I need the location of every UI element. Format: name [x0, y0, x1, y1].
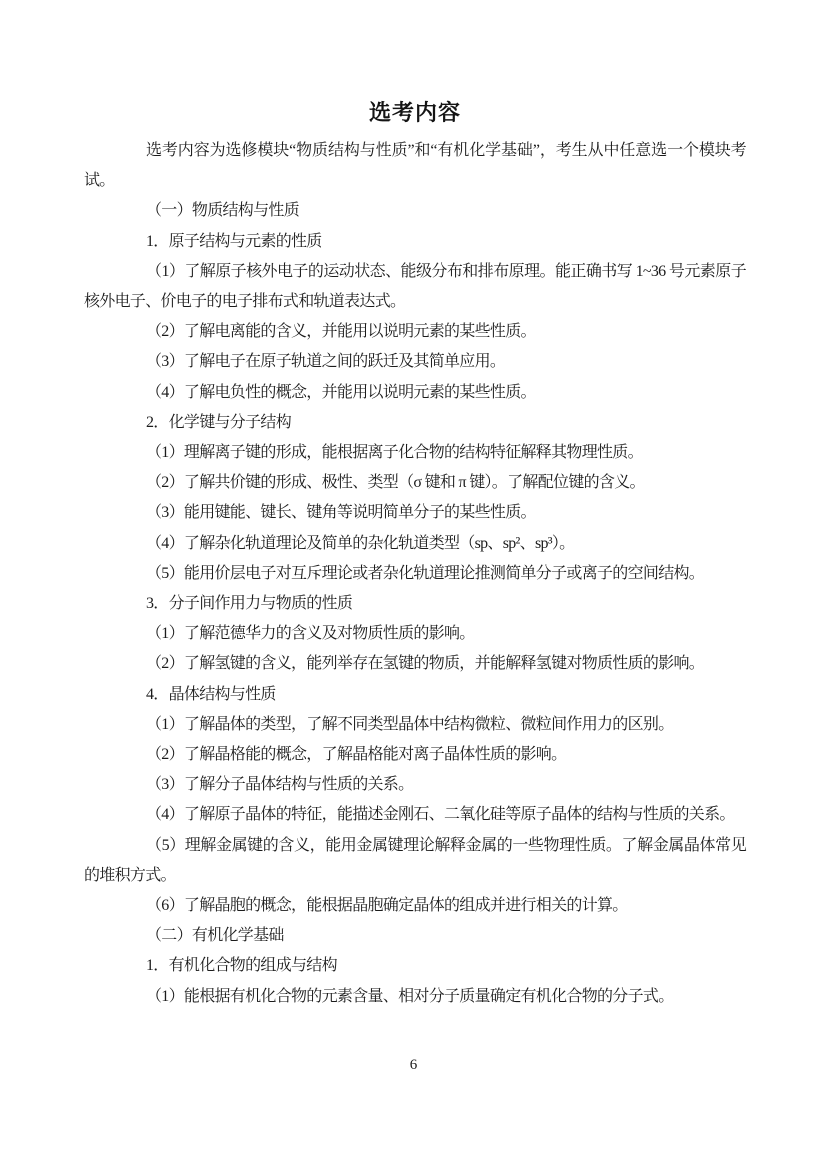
- list-item: （5）能用价层电子对互斥理论或者杂化轨道理论推测简单分子或离子的空间结构。: [84, 559, 746, 589]
- list-item: （1）了解晶体的类型，了解不同类型晶体中结构微粒、微粒间作用力的区别。: [84, 710, 746, 740]
- page-number: 6: [0, 1053, 827, 1077]
- list-item: （3）了解电子在原子轨道之间的跃迁及其简单应用。: [84, 347, 746, 377]
- list-item: （1）了解范德华力的含义及对物质性质的影响。: [84, 619, 746, 649]
- list-item: （2）了解电离能的含义，并能用以说明元素的某些性质。: [84, 317, 746, 347]
- list-item: （1）理解离子键的形成，能根据离子化合物的结构特征解释其物理性质。: [84, 438, 746, 468]
- list-item: （2）了解晶格能的概念，了解晶格能对离子晶体性质的影响。: [84, 740, 746, 770]
- document-page: 选考内容 选考内容为选修模块“物质结构与性质”和“有机化学基础”，考生从中任意选…: [0, 0, 827, 1169]
- page-title: 选考内容: [84, 97, 746, 129]
- list-item: （4）了解电负性的概念，并能用以说明元素的某些性质。: [84, 378, 746, 408]
- list-item: （6）了解晶胞的概念，能根据晶胞确定晶体的组成并进行相关的计算。: [84, 891, 746, 921]
- list-item: （3）了解分子晶体结构与性质的关系。: [84, 770, 746, 800]
- list-item: （1）了解原子核外电子的运动状态、能级分布和排布原理。能正确书写 1~36 号元…: [84, 257, 746, 317]
- list-item: （4）了解杂化轨道理论及简单的杂化轨道类型（sp、sp²、sp³）。: [84, 529, 746, 559]
- section-heading: （一）物质结构与性质: [84, 196, 746, 226]
- list-item: （5）理解金属键的含义，能用金属键理论解释金属的一些物理性质。了解金属晶体常见的…: [84, 831, 746, 891]
- list-item: （1）能根据有机化合物的元素含量、相对分子质量确定有机化合物的分子式。: [84, 982, 746, 1012]
- list-item: （4）了解原子晶体的特征，能描述金刚石、二氧化硅等原子晶体的结构与性质的关系。: [84, 800, 746, 830]
- paragraph-intro: 选考内容为选修模块“物质结构与性质”和“有机化学基础”，考生从中任意选一个模块考…: [84, 136, 746, 196]
- subsection-heading: 1．有机化合物的组成与结构: [84, 951, 746, 981]
- subsection-heading: 3．分子间作用力与物质的性质: [84, 589, 746, 619]
- list-item: （2）了解共价键的形成、极性、类型（σ 键和 π 键）。了解配位键的含义。: [84, 468, 746, 498]
- subsection-heading: 2．化学键与分子结构: [84, 408, 746, 438]
- subsection-heading: 1．原子结构与元素的性质: [84, 227, 746, 257]
- list-item: （3）能用键能、键长、键角等说明简单分子的某些性质。: [84, 498, 746, 528]
- subsection-heading: 4．晶体结构与性质: [84, 680, 746, 710]
- list-item: （2）了解氢键的含义，能列举存在氢键的物质，并能解释氢键对物质性质的影响。: [84, 649, 746, 679]
- section-heading: （二）有机化学基础: [84, 921, 746, 951]
- document-body: 选考内容 选考内容为选修模块“物质结构与性质”和“有机化学基础”，考生从中任意选…: [84, 97, 746, 1012]
